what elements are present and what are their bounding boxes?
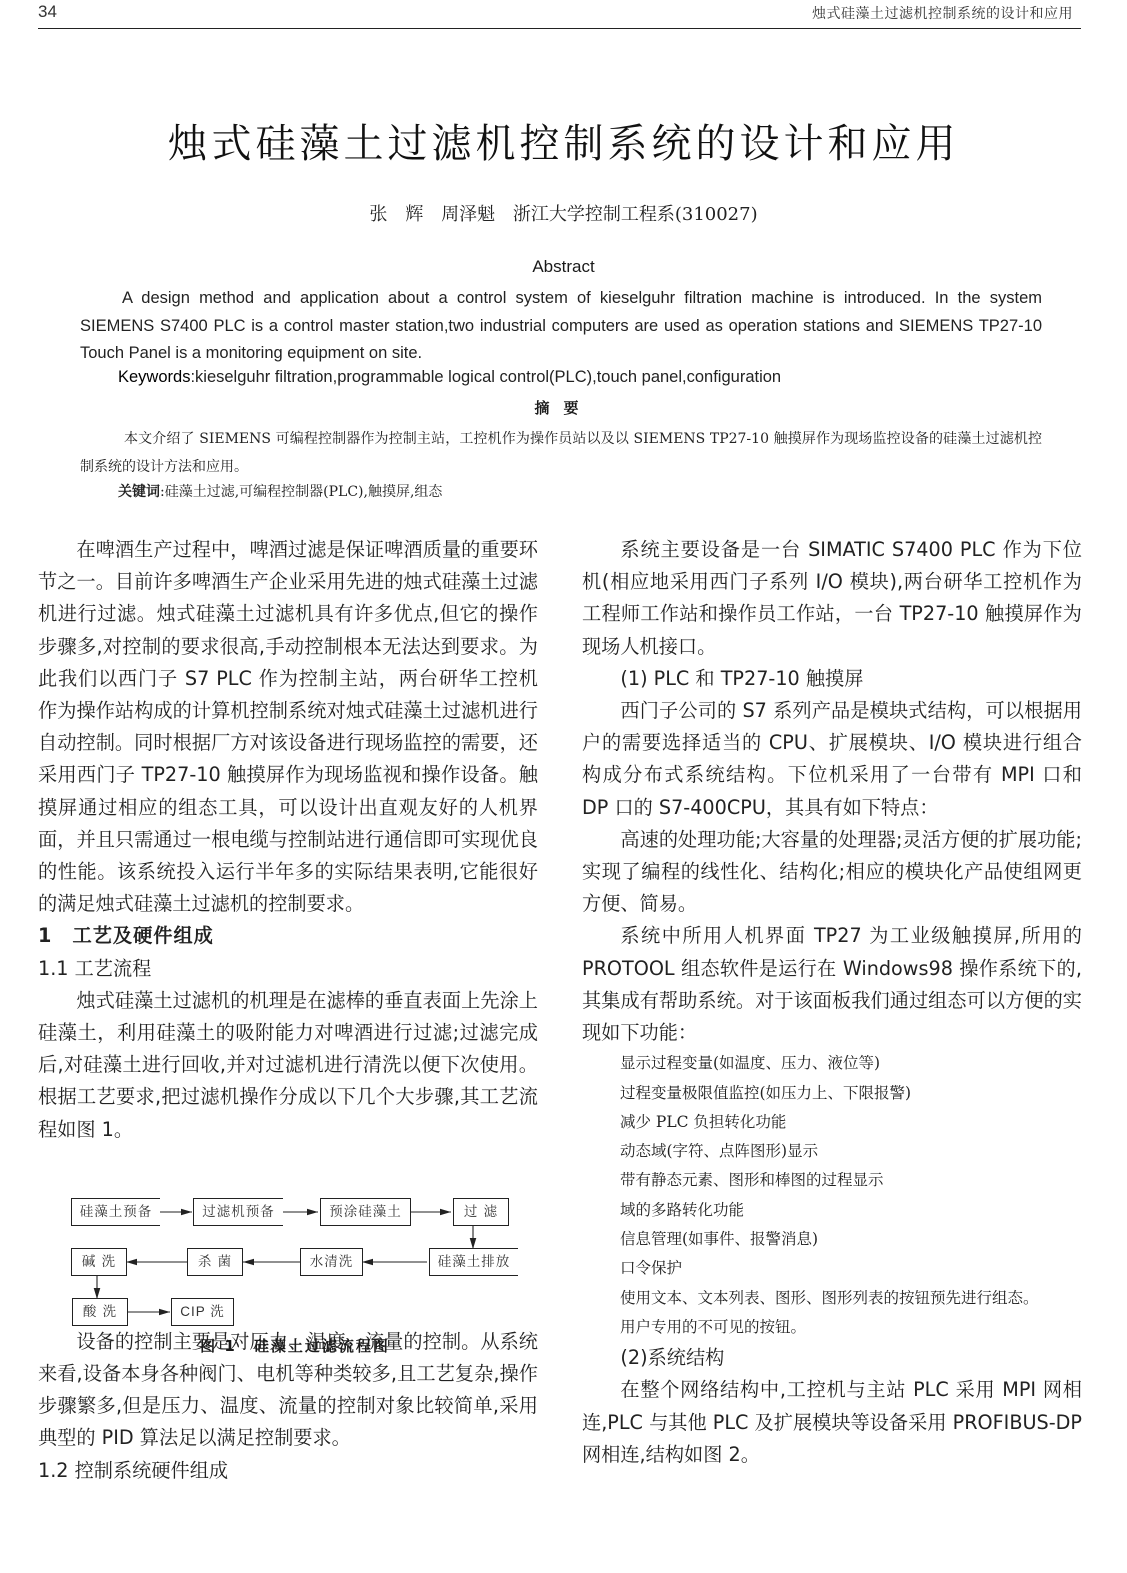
section-heading-1-1: 1.1 工艺流程 bbox=[38, 953, 538, 985]
keywords-en: Keywords:kieselguhr filtration,programma… bbox=[118, 368, 781, 387]
section-heading-1-2: 1.2 控制系统硬件组成 bbox=[38, 1455, 538, 1487]
list-item: 域的多路转化功能 bbox=[582, 1196, 1082, 1225]
section-heading-1: 1 工艺及硬件组成 bbox=[38, 920, 538, 952]
abstract-body: A design method and application about a … bbox=[80, 285, 1042, 368]
paper-title: 烛式硅藻土过滤机控制系统的设计和应用 bbox=[0, 112, 1127, 169]
list-item: 用户专用的不可见的按钮。 bbox=[582, 1313, 1082, 1342]
figure-1-flowchart: 硅藻土预备 过滤机预备 预涂硅藻土 过 滤 硅藻土排放 水清洗 杀 菌 碱 洗 … bbox=[60, 1192, 530, 1332]
list-item: 过程变量极限值监控(如压力上、下限报警) bbox=[582, 1079, 1082, 1108]
flow-box-kieselguhr-prep: 硅藻土预备 bbox=[71, 1198, 160, 1226]
right-column: 系统主要设备是一台 SIMATIC S7400 PLC 作为下位机(相应地采用西… bbox=[582, 534, 1082, 1471]
list-item: 动态域(字符、点阵图形)显示 bbox=[582, 1137, 1082, 1166]
equipment-paragraph: 系统主要设备是一台 SIMATIC S7400 PLC 作为下位机(相应地采用西… bbox=[582, 534, 1082, 663]
author-name: 张 辉 bbox=[369, 204, 423, 225]
figure-1-caption: 图 1 硅藻土过滤流程图 bbox=[60, 1335, 530, 1356]
cn-keywords: 关键词:硅藻土过滤,可编程控制器(PLC),触摸屏,组态 bbox=[118, 481, 442, 501]
flow-box-water-rinse: 水清洗 bbox=[300, 1248, 363, 1276]
network-paragraph: 在整个网络结构中,工控机与主站 PLC 采用 MPI 网相连,PLC 与其他 P… bbox=[582, 1374, 1082, 1471]
list-item: 显示过程变量(如温度、压力、液位等) bbox=[582, 1049, 1082, 1078]
intro-paragraph: 在啤酒生产过程中，啤酒过滤是保证啤酒质量的重要环节之一。目前许多啤酒生产企业采用… bbox=[38, 534, 538, 920]
flow-box-alkali-wash: 碱 洗 bbox=[71, 1248, 127, 1276]
subsection-system-structure: (2)系统结构 bbox=[582, 1342, 1082, 1374]
keywords-text: :kieselguhr filtration,programmable logi… bbox=[190, 368, 781, 386]
running-header: 34 烛式硅藻土过滤机控制系统的设计和应用 bbox=[38, 0, 1081, 29]
author-name: 周泽魁 bbox=[441, 204, 495, 225]
running-title: 烛式硅藻土过滤机控制系统的设计和应用 bbox=[812, 3, 1073, 23]
list-item: 使用文本、文本列表、图形、图形列表的按钮预先进行组态。 bbox=[582, 1284, 1082, 1313]
list-item: 带有静态元素、图形和棒图的过程显示 bbox=[582, 1166, 1082, 1195]
keywords-label: Keywords bbox=[118, 368, 190, 386]
cn-keywords-label: 关键词 bbox=[118, 484, 160, 500]
cn-abstract-body: 本文介绍了 SIEMENS 可编程控制器作为控制主站，工控机作为操作员站以及以 … bbox=[80, 425, 1042, 481]
affiliation: 浙江大学控制工程系(310027) bbox=[513, 204, 758, 225]
list-item: 信息管理(如事件、报警消息) bbox=[582, 1225, 1082, 1254]
flow-box-cip-wash: CIP 洗 bbox=[171, 1298, 234, 1326]
cn-keywords-text: :硅藻土过滤,可编程控制器(PLC),触摸屏,组态 bbox=[160, 484, 442, 500]
hmi-paragraph: 系统中所用人机界面 TP27 为工业级触摸屏,所用的 PROTOOL 组态软件是… bbox=[582, 920, 1082, 1049]
abstract-heading: Abstract bbox=[0, 257, 1127, 277]
list-item: 口令保护 bbox=[582, 1254, 1082, 1283]
flow-box-kieselguhr-discharge: 硅藻土排放 bbox=[429, 1248, 518, 1276]
flow-box-acid-wash: 酸 洗 bbox=[72, 1298, 128, 1326]
cn-abstract-heading: 摘要 bbox=[0, 397, 1127, 418]
process-paragraph: 烛式硅藻土过滤机的机理是在滤棒的垂直表面上先涂上硅藻土，利用硅藻土的吸附能力对啤… bbox=[38, 985, 538, 1146]
subsection-plc-touch-panel: (1) PLC 和 TP27-10 触摸屏 bbox=[582, 663, 1082, 695]
page-number: 34 bbox=[38, 2, 57, 22]
flow-box-sterilize: 杀 菌 bbox=[187, 1248, 243, 1276]
features-paragraph: 高速的处理功能;大容量的处理器;灵活方便的扩展功能;实现了编程的线性化、结构化;… bbox=[582, 824, 1082, 921]
list-item: 减少 PLC 负担转化功能 bbox=[582, 1108, 1082, 1137]
flow-box-precoat: 预涂硅藻土 bbox=[320, 1198, 411, 1226]
author-line: 张 辉 周泽魁 浙江大学控制工程系(310027) bbox=[0, 200, 1127, 226]
s7-paragraph: 西门子公司的 S7 系列产品是模块式结构，可以根据用户的需要选择适当的 CPU、… bbox=[582, 695, 1082, 824]
hmi-feature-list: 显示过程变量(如温度、压力、液位等) 过程变量极限值监控(如压力上、下限报警) … bbox=[582, 1049, 1082, 1342]
flow-box-filtration: 过 滤 bbox=[453, 1198, 509, 1226]
flow-box-filter-prep: 过滤机预备 bbox=[193, 1198, 283, 1226]
